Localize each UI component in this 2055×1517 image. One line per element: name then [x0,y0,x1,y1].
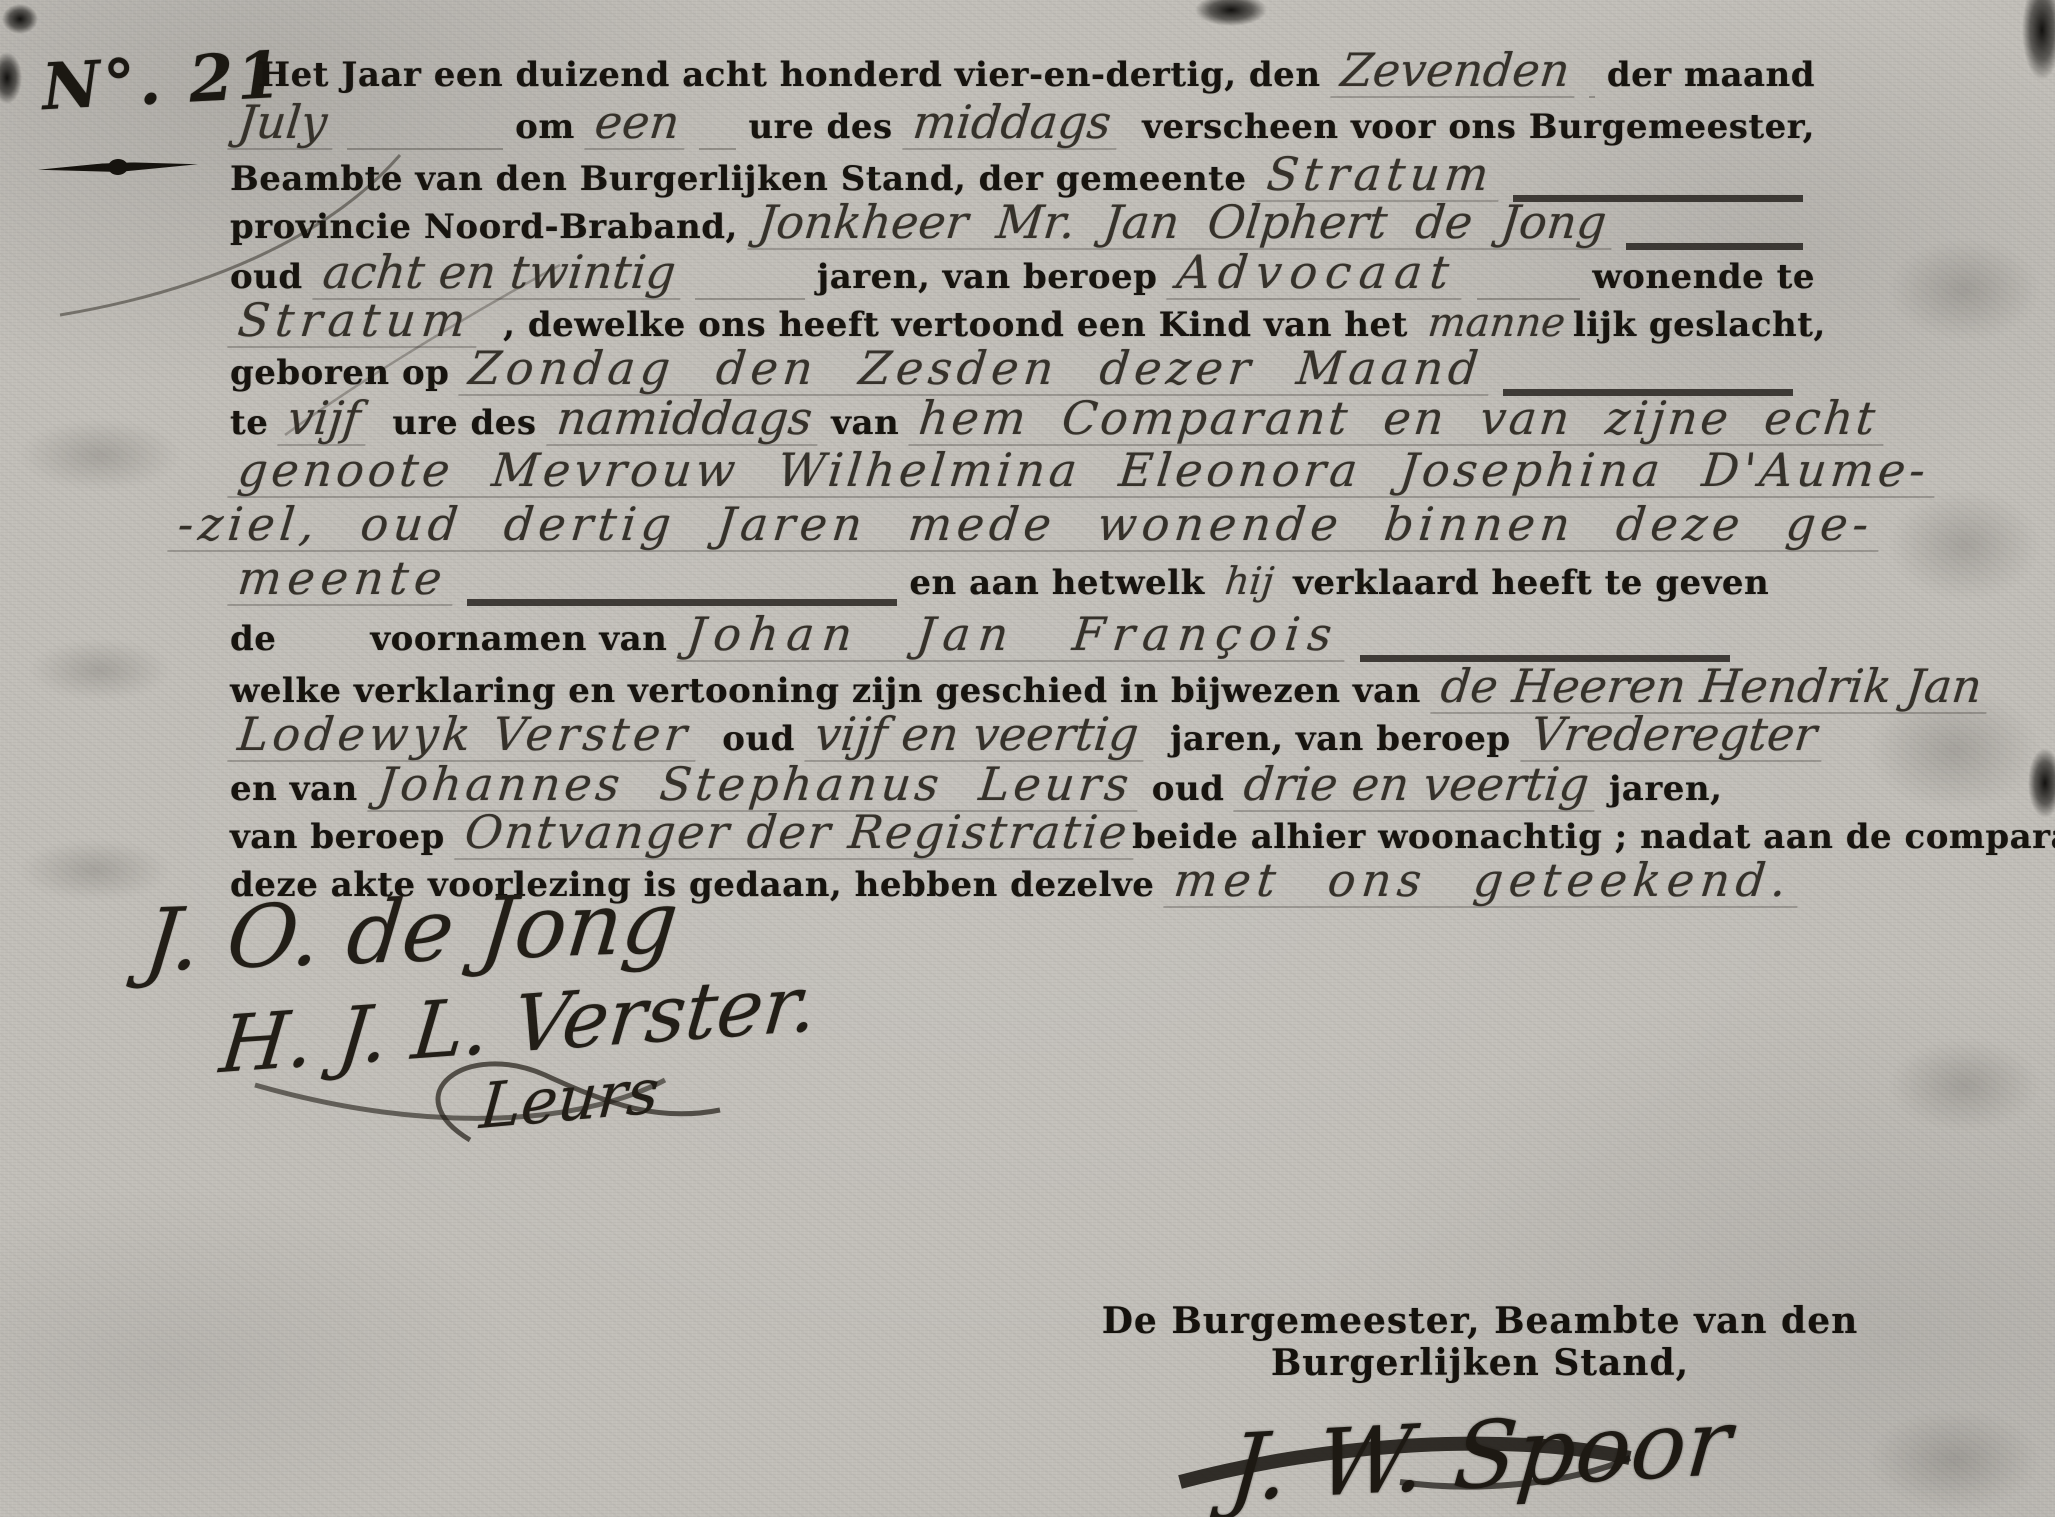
printed-text: jaren, van beroep [817,257,1158,297]
printed-text: wonende te [1592,257,1815,297]
printed-text: oud [722,719,795,759]
scan-edge-mark [2022,0,2055,80]
printed-text: der maand [1607,55,1815,95]
printed-text: beide alhier woonachtig ; nadat aan de c… [1132,817,2055,857]
bleed-through-mark [1890,240,2040,340]
printed-text: jaren, van beroep [1170,719,1511,759]
act-line-1: Het Jaar een duizend acht honderd vier-e… [258,46,1815,98]
officiant-title: De Burgemeester, Beambte van den Burgerl… [1000,1300,1960,1384]
act-line-10: -ziel, oud dertig Jaren mede wonende bin… [170,500,1815,552]
handwritten-entry-birth-daypart: namiddags [546,394,822,446]
ruled-line [695,248,805,300]
printed-text: jaren, [1609,769,1722,809]
divider-dot [108,159,129,176]
scan-edge-mark [0,52,22,104]
handwritten-entry-birth-hour: vijf [278,394,371,446]
printed-text: , dewelke ons heeft vertoond een Kind va… [503,305,1408,345]
act-line-11: meente en aan hetwelk hij verklaard heef… [230,554,1815,606]
act-line-12: de voornamen van Johan Jan François [230,610,1815,662]
act-number-divider [38,155,199,179]
printed-text: en aan hetwelk [909,563,1204,603]
handwritten-entry-municipality-2: meente [227,554,458,606]
handwritten-entry-residence: Stratum [227,296,482,348]
handwritten-entry-gender: manne [1418,302,1576,346]
act-line-9: genoote Mevrouw Wilhelmina Eleonora Jose… [230,446,1815,498]
bleed-through-mark [20,840,170,900]
handwritten-entry-witness1-profession: Vrederegter [1520,710,1827,762]
inked-rule [467,554,897,606]
inked-rule [1626,198,1803,250]
ruled-line [347,98,503,150]
printed-text: ure des [748,107,892,147]
handwritten-entry-daypart: middags [902,98,1121,150]
handwritten-entry-witness2-age: drie en veertig [1234,760,1600,812]
handwritten-entry-witness1-name: Lodewyk Verster [227,710,701,762]
act-line-14: Lodewyk Verster oud vijf en veertig jare… [230,710,1815,762]
inked-rule [1360,610,1730,662]
scan-edge-mark [1195,0,1267,26]
act-line-2: July om een ure des middags verscheen vo… [230,98,1815,150]
printed-text: verscheen voor ons Burgemeester, [1142,107,1815,147]
printed-text: geboren op [230,353,449,393]
scanned-birth-record-1834: N°. 21 Het Jaar een duizend acht honderd… [0,0,2055,1517]
printed-text: provincie Noord-Braband, [230,207,738,247]
printed-text: oud [1152,769,1225,809]
printed-text: welke verklaring en vertooning zijn gesc… [230,671,1421,711]
printed-text: de [230,619,276,659]
act-line-7: geboren op Zondag den Zesden dezer Maand [230,344,1815,396]
printed-text: en van [230,769,358,809]
handwritten-entry-witness1-age: vijf en veertig [804,710,1149,762]
scan-edge-mark [2,4,38,34]
handwritten-entry-profession: Advocaat [1167,248,1468,300]
printed-text: van beroep [230,817,445,857]
bleed-through-mark [1890,490,2040,600]
handwritten-entry-parent: hem Comparant en van zijne echt [909,394,1889,446]
printed-text: oud [230,257,303,297]
signature-officiant: J. W. Spoor [1225,1389,1736,1517]
officiant-block: De Burgemeester, Beambte van den Burgerl… [1000,1300,1960,1509]
act-line-4: provincie Noord-Braband, Jonkheer Mr. Ja… [230,198,1815,250]
handwritten-entry-child-names: Johan Jan François [677,610,1351,662]
act-line-8: te vijf ure des namiddags van hem Compar… [230,394,1815,446]
printed-text: verklaard heeft te geven [1293,563,1769,603]
handwritten-entry-declarant-name: Jonkheer Mr. Jan Olphert de Jong [747,198,1617,250]
printed-text: lijk geslacht, [1573,305,1826,345]
printed-text: te [230,403,268,443]
scan-edge-mark [2028,748,2055,818]
handwritten-entry-day: Zevenden [1330,46,1580,98]
divider-right-stroke [126,160,198,172]
inked-rule [1503,344,1793,396]
handwritten-entry-pronoun: hij [1214,562,1283,604]
ruled-line [1477,248,1581,300]
handwritten-entry-birthdate: Zondag den Zesden dezer Maand [459,344,1494,396]
handwritten-entry-hour: een [584,98,690,150]
handwritten-entry-witness2-profession: Ontvanger der Registratie [454,808,1139,860]
handwritten-entry-mother-age: -ziel, oud dertig Jaren mede wonende bin… [167,500,1884,552]
printed-text: voornamen van [370,619,667,659]
printed-text: ure des [392,403,536,443]
signature-witness2: Leurs [477,1054,662,1143]
handwritten-entry-month: July [227,98,337,150]
bleed-through-mark [1890,1040,2040,1130]
ruled-line [1589,46,1595,98]
bleed-through-mark [30,640,170,700]
printed-text: Het Jaar een duizend acht honderd vier-e… [258,55,1321,95]
printed-text: om [515,107,575,147]
printed-text: Beambte van den Burgerlijken Stand, der … [230,159,1247,199]
bleed-through-mark [20,420,180,490]
divider-left-stroke [38,163,110,175]
ruled-line [699,98,737,150]
handwritten-entry-mother-name: genoote Mevrouw Wilhelmina Eleonora Jose… [227,446,1939,498]
handwritten-entry-signing-clause: met ons geteekend. [1164,856,1803,908]
printed-text: van [831,403,899,443]
